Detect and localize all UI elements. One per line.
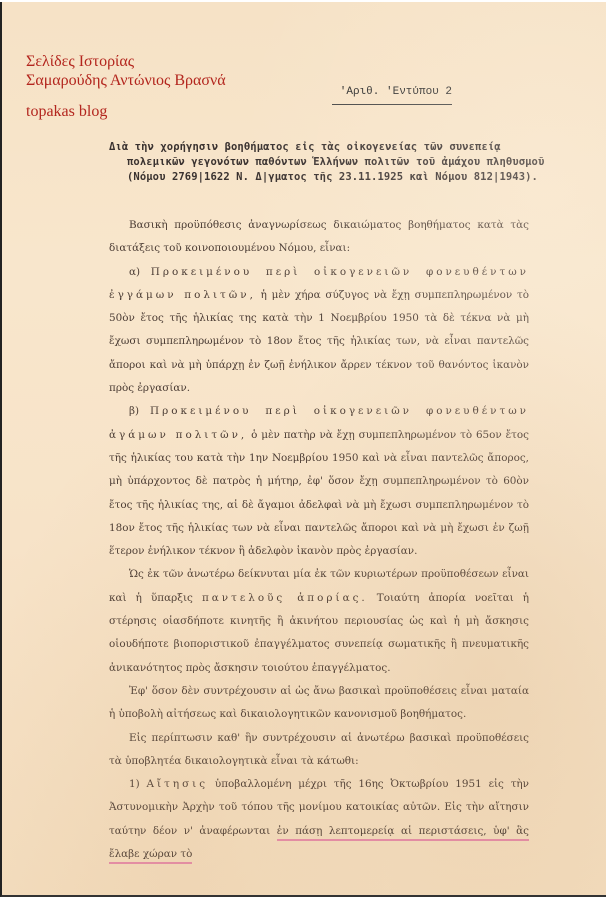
poverty-definition: Τοιαύτη ἀπορία νοεῖται ἡ στέρησις οἱασδή… — [109, 592, 529, 674]
documents-paragraph: Εἰς περίπτωσιν καθ' ἣν συντρέχουσιν αἱ ἀ… — [109, 727, 529, 774]
document-body: Βασικὴ προϋπόθεσις ἀναγνωρίσεως δικαιώμα… — [109, 214, 529, 866]
watermark-blog-name: topakas blog — [26, 102, 226, 121]
scanned-document-page: Σελίδες Ιστορίας Σαμαρούδης Αντώνιος Βρα… — [0, 2, 606, 897]
futile-paragraph: Ἐφ' ὅσον δὲν συντρέχουσιν αἱ ὡς ἄνω βασι… — [109, 680, 529, 727]
poverty-paragraph: Ὡς ἐκ τῶν ἀνωτέρω δείκνυται μία ἐκ τῶν κ… — [109, 563, 529, 679]
clause-alpha-text: ἡ μὲν χήρα σύζυγος νὰ ἔχῃ συμπεπληρωμένο… — [109, 289, 529, 394]
clause-beta: β) Προκειμένου περὶ οἰκογενειῶν φονευθέν… — [109, 400, 529, 563]
item-1: 1) Αἴτησις ὑποβαλλομένη μέχρι τῆς 16ης Ὀ… — [109, 773, 529, 866]
blog-watermark: Σελίδες Ιστορίας Σαμαρούδης Αντώνιος Βρα… — [26, 52, 226, 121]
document-title: Διὰ τὴν χορήγησιν βοηθήματος εἰς τὰς οἰκ… — [109, 140, 547, 185]
form-number: 'Αριθ. 'Εντύπου 2 — [332, 86, 452, 105]
poverty-emphasis: παντελοῦς ἀπορίας. — [202, 592, 368, 604]
item-1-label: 1) — [129, 778, 140, 790]
item-1-heading: Αἴτησις — [147, 778, 209, 790]
intro-paragraph: Βασικὴ προϋπόθεσις ἀναγνωρίσεως δικαιώμα… — [109, 214, 529, 261]
watermark-line-2: Σαμαρούδης Αντώνιος Βρασνά — [26, 72, 226, 89]
clause-beta-text: ὁ μὲν πατὴρ νὰ ἔχῃ συμπεπληρωμένον τὸ 65… — [109, 429, 529, 557]
clause-alpha-label: α) — [129, 266, 140, 278]
watermark-line-1: Σελίδες Ιστορίας — [26, 53, 134, 70]
clause-beta-label: β) — [129, 405, 139, 417]
clause-alpha: α) Προκειμένου περὶ οἰκογενειῶν φονευθέν… — [109, 261, 529, 401]
